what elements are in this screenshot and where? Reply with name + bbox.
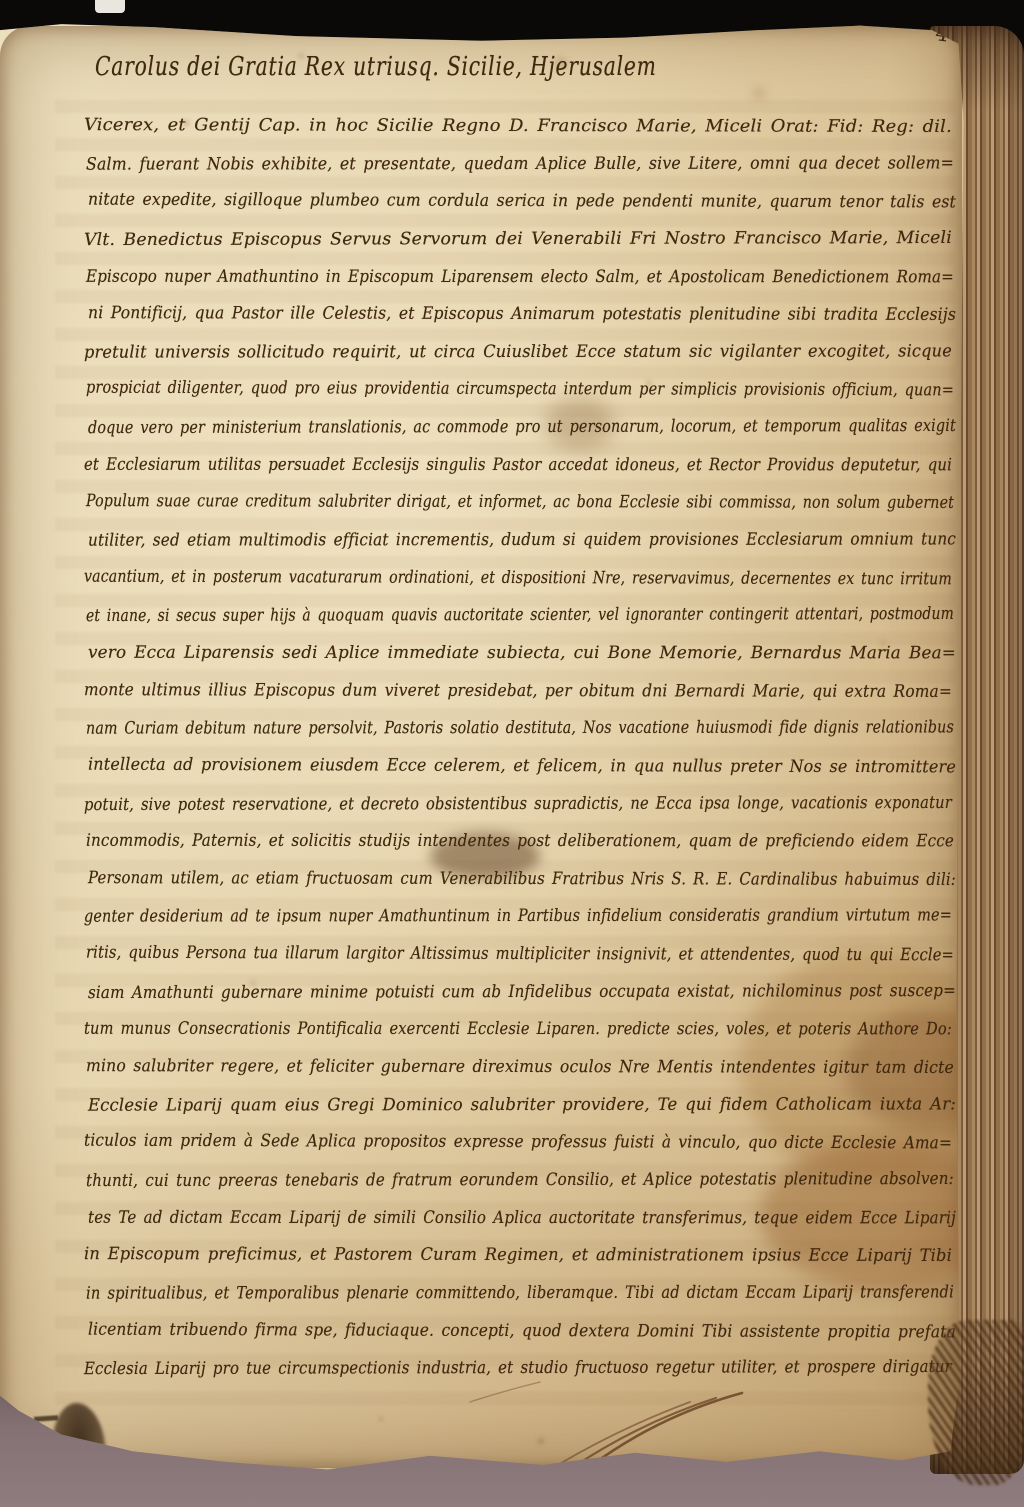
pen-flourish bbox=[0, 0, 1024, 1507]
curled-corner bbox=[928, 1320, 1024, 1485]
foxing-spots bbox=[0, 0, 2, 2]
paper-sliver bbox=[95, 0, 125, 13]
manuscript-page: 4 Carolus dei Gratia Rex utriusq. Sicili… bbox=[0, 0, 1024, 1507]
